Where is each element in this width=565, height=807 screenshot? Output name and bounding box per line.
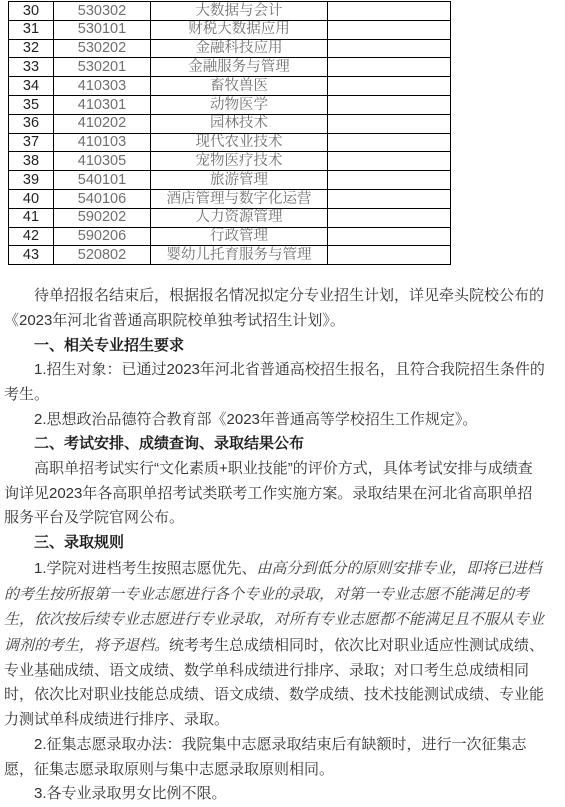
row-number-cell: 37 (9, 133, 54, 152)
row-number-cell: 32 (9, 39, 54, 58)
major-code-cell: 530201 (54, 58, 151, 77)
major-code-cell: 410303 (54, 77, 151, 96)
major-name-cell: 旅游管理 (151, 171, 328, 190)
major-code-cell: 530202 (54, 39, 151, 58)
table-row: 30530302大数据与会计 (9, 2, 451, 21)
table-row: 43520802婴幼儿托育服务与管理 (9, 246, 451, 265)
table-row: 39540101旅游管理 (9, 171, 451, 190)
note-cell (328, 58, 451, 77)
note-cell (328, 171, 451, 190)
note-cell (328, 20, 451, 39)
document-page: 30530302大数据与会计31530101财税大数据应用32530202金融科… (0, 1, 565, 807)
table-row: 37410103现代农业技术 (9, 133, 451, 152)
row-number-cell: 31 (9, 20, 54, 39)
major-name-cell: 金融服务与管理 (151, 58, 328, 77)
major-name-cell: 畜牧兽医 (151, 77, 328, 96)
table-row: 34410303畜牧兽医 (9, 77, 451, 96)
major-code-cell: 410103 (54, 133, 151, 152)
major-code-cell: 410305 (54, 152, 151, 171)
heading-section-3: 三、录取规则 (4, 531, 547, 556)
paragraph-3-3: 3.各专业录取男女比例不限。 (4, 782, 547, 807)
major-name-cell: 人力资源管理 (151, 208, 328, 227)
major-code-cell: 590202 (54, 208, 151, 227)
major-code-cell: 530101 (54, 20, 151, 39)
table-row: 33530201金融服务与管理 (9, 58, 451, 77)
table-row: 42590206行政管理 (9, 227, 451, 246)
note-cell (328, 227, 451, 246)
note-cell (328, 77, 451, 96)
major-code-cell: 540101 (54, 171, 151, 190)
note-cell (328, 246, 451, 265)
major-code-cell: 410301 (54, 95, 151, 114)
note-cell (328, 189, 451, 208)
paragraph-plan-notice: 待单招报名结束后，根据报名情况拟定分专业招生计划，详见牵头院校公布的《2023年… (4, 284, 547, 333)
row-number-cell: 38 (9, 152, 54, 171)
table-row: 32530202金融科技应用 (9, 39, 451, 58)
row-number-cell: 33 (9, 58, 54, 77)
major-code-cell: 520802 (54, 246, 151, 265)
heading-section-2: 二、考试安排、成绩查询、录取结果公布 (4, 432, 547, 457)
note-cell (328, 114, 451, 133)
row-number-cell: 34 (9, 77, 54, 96)
major-name-cell: 现代农业技术 (151, 133, 328, 152)
row-number-cell: 30 (9, 2, 54, 21)
row-number-cell: 43 (9, 246, 54, 265)
note-cell (328, 208, 451, 227)
document-body: 待单招报名结束后，根据报名情况拟定分专业招生计划，详见牵头院校公布的《2023年… (4, 284, 547, 807)
row-number-cell: 42 (9, 227, 54, 246)
majors-table-body: 30530302大数据与会计31530101财税大数据应用32530202金融科… (9, 2, 451, 265)
table-row: 36410202园林技术 (9, 114, 451, 133)
table-row: 31530101财税大数据应用 (9, 20, 451, 39)
row-number-cell: 39 (9, 171, 54, 190)
paragraph-3-1-start: 1.学院对进档考生按照志愿优先、 (34, 560, 257, 577)
heading-section-1: 一、相关专业招生要求 (4, 334, 547, 359)
note-cell (328, 95, 451, 114)
major-code-cell: 530302 (54, 2, 151, 21)
table-row: 38410305宠物医疗技术 (9, 152, 451, 171)
major-code-cell: 410202 (54, 114, 151, 133)
table-row: 40540106酒店管理与数字化运营 (9, 189, 451, 208)
major-name-cell: 婴幼儿托育服务与管理 (151, 246, 328, 265)
note-cell (328, 2, 451, 21)
note-cell (328, 152, 451, 171)
row-number-cell: 36 (9, 114, 54, 133)
row-number-cell: 35 (9, 95, 54, 114)
major-name-cell: 园林技术 (151, 114, 328, 133)
major-name-cell: 金融科技应用 (151, 39, 328, 58)
major-name-cell: 宠物医疗技术 (151, 152, 328, 171)
paragraph-3-2: 2.征集志愿录取办法：我院集中志愿录取结束后有缺额时，进行一次征集志愿，征集志愿… (4, 733, 547, 782)
major-code-cell: 540106 (54, 189, 151, 208)
majors-table: 30530302大数据与会计31530101财税大数据应用32530202金融科… (8, 1, 451, 265)
note-cell (328, 133, 451, 152)
major-name-cell: 财税大数据应用 (151, 20, 328, 39)
table-row: 41590202人力资源管理 (9, 208, 451, 227)
table-row: 35410301动物医学 (9, 95, 451, 114)
row-number-cell: 41 (9, 208, 54, 227)
major-name-cell: 酒店管理与数字化运营 (151, 189, 328, 208)
paragraph-2-1: 高职单招考试实行“文化素质+职业技能”的评价方式，具体考试安排与成绩查询详见20… (4, 457, 547, 531)
major-name-cell: 大数据与会计 (151, 2, 328, 21)
major-name-cell: 动物医学 (151, 95, 328, 114)
paragraph-3-1: 1.学院对进档考生按照志愿优先、由高分到低分的原则安排专业，即将已进档的考生按所… (4, 556, 547, 733)
major-code-cell: 590206 (54, 227, 151, 246)
major-name-cell: 行政管理 (151, 227, 328, 246)
paragraph-1-1: 1.招生对象：已通过2023年河北省普通高校招生报名，且符合我院招生条件的考生。 (4, 358, 547, 407)
paragraph-1-2: 2.思想政治品德符合教育部《2023年普通高等学校招生工作规定》。 (4, 408, 547, 433)
note-cell (328, 39, 451, 58)
row-number-cell: 40 (9, 189, 54, 208)
